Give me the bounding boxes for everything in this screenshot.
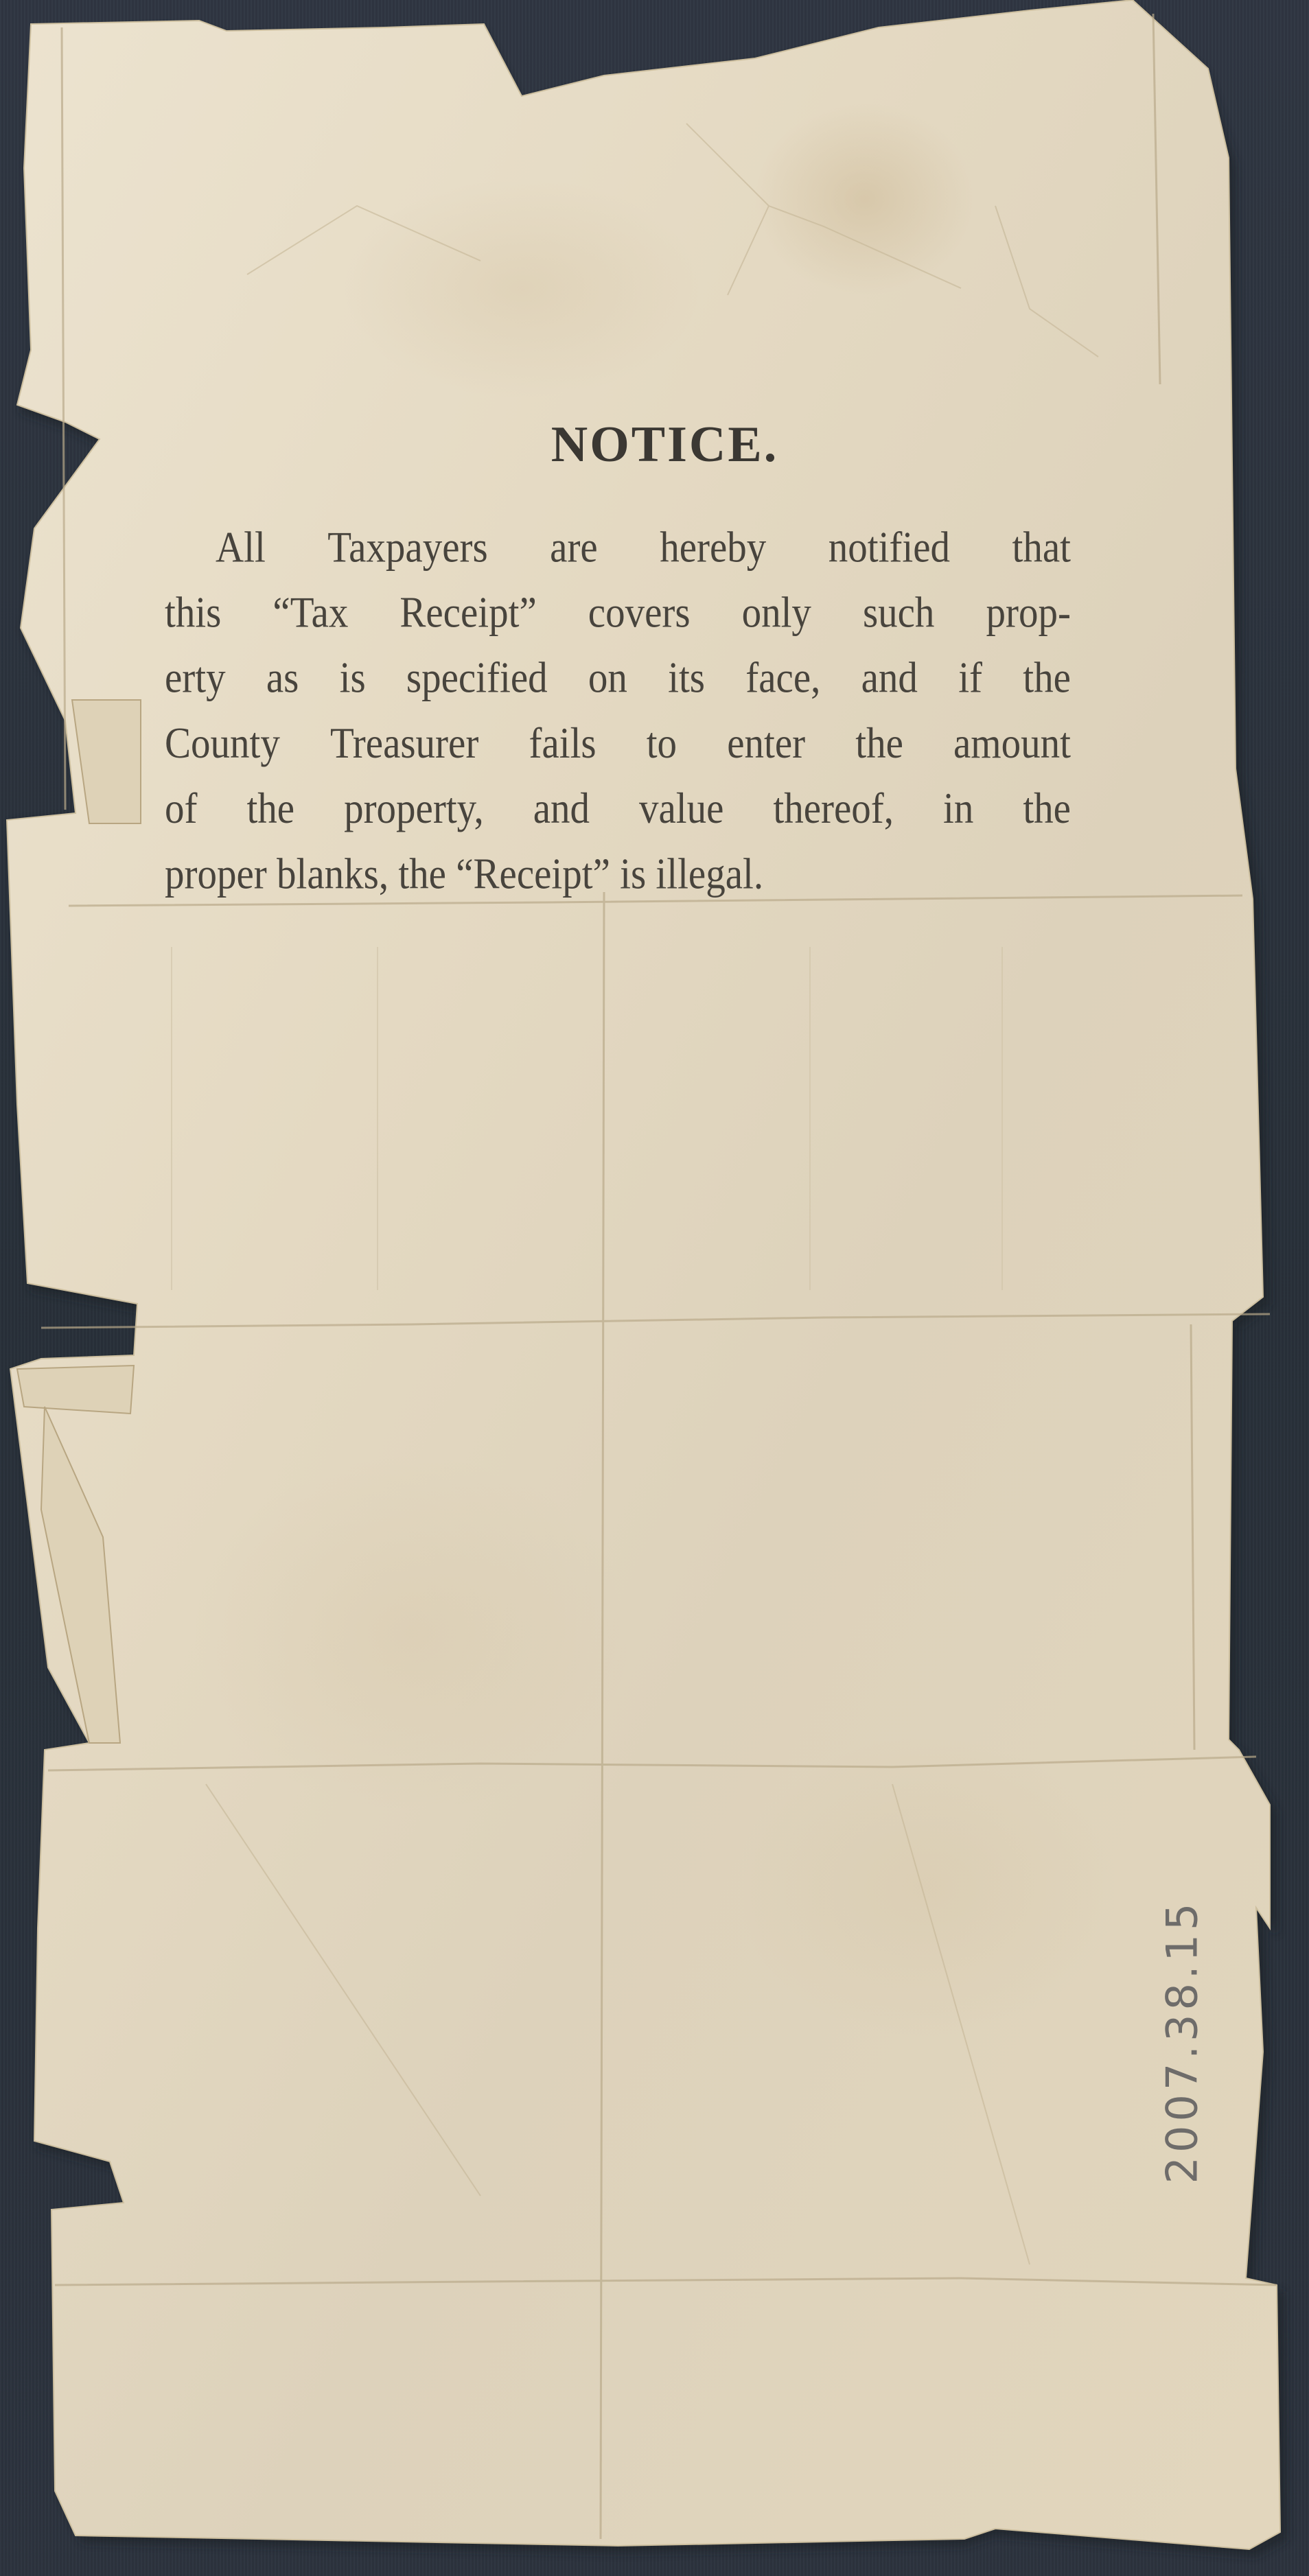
notice-word: “Tax	[273, 580, 348, 645]
notice-word: the	[855, 711, 903, 776]
notice-word: value	[639, 776, 723, 841]
notice-word: the	[1023, 645, 1071, 710]
notice-word: if	[958, 645, 982, 710]
notice-word: notified	[829, 515, 950, 580]
notice-word: such	[863, 580, 934, 645]
notice-word: Treasurer	[330, 711, 478, 776]
notice-word: thereof,	[773, 776, 894, 841]
notice-line: proper blanks, the “Receipt” is illegal.	[165, 841, 1071, 906]
notice-line: CountyTreasurerfailstoentertheamount	[165, 711, 1071, 776]
notice-word: prop-	[986, 580, 1070, 645]
notice-line: ertyasisspecifiedonitsface,andifthe	[165, 645, 1071, 710]
notice-word: Receipt”	[399, 580, 536, 645]
notice-word: are	[550, 515, 598, 580]
notice-word: its	[668, 645, 705, 710]
notice-word: hereby	[660, 515, 766, 580]
paper-sheet	[0, 0, 1309, 2576]
notice-word: and	[533, 776, 590, 841]
notice-line: oftheproperty,andvaluethereof,inthe	[165, 776, 1071, 841]
notice-word: fails	[529, 711, 596, 776]
notice-word: in	[943, 776, 973, 841]
notice-word: as	[266, 645, 299, 710]
notice-word: this	[165, 580, 221, 645]
notice-word: is	[340, 645, 366, 710]
notice-word: that	[1012, 515, 1071, 580]
notice-word: covers	[588, 580, 691, 645]
notice-word: face,	[745, 645, 820, 710]
notice-word: of	[165, 776, 197, 841]
notice-word: County	[165, 711, 280, 776]
notice-word: and	[861, 645, 918, 710]
notice-body: AllTaxpayersareherebynotifiedthat this“T…	[165, 515, 1071, 906]
notice-word: on	[588, 645, 627, 710]
notice-word: specified	[406, 645, 548, 710]
accession-number: 2007.38.15	[1157, 1899, 1207, 2184]
notice-word: property,	[344, 776, 484, 841]
notice-word: the	[246, 776, 294, 841]
notice-word: enter	[727, 711, 805, 776]
notice-word: to	[647, 711, 677, 776]
notice-word: the	[1023, 776, 1071, 841]
notice-word: only	[742, 580, 811, 645]
notice-word: amount	[953, 711, 1071, 776]
notice-word: erty	[165, 645, 226, 710]
notice-line: this“TaxReceipt”coversonlysuchprop-	[165, 580, 1071, 645]
notice-word: All	[216, 515, 266, 580]
notice-line: AllTaxpayersareherebynotifiedthat	[165, 515, 1071, 580]
notice-word: Taxpayers	[327, 515, 487, 580]
notice-title: NOTICE.	[0, 416, 1309, 474]
